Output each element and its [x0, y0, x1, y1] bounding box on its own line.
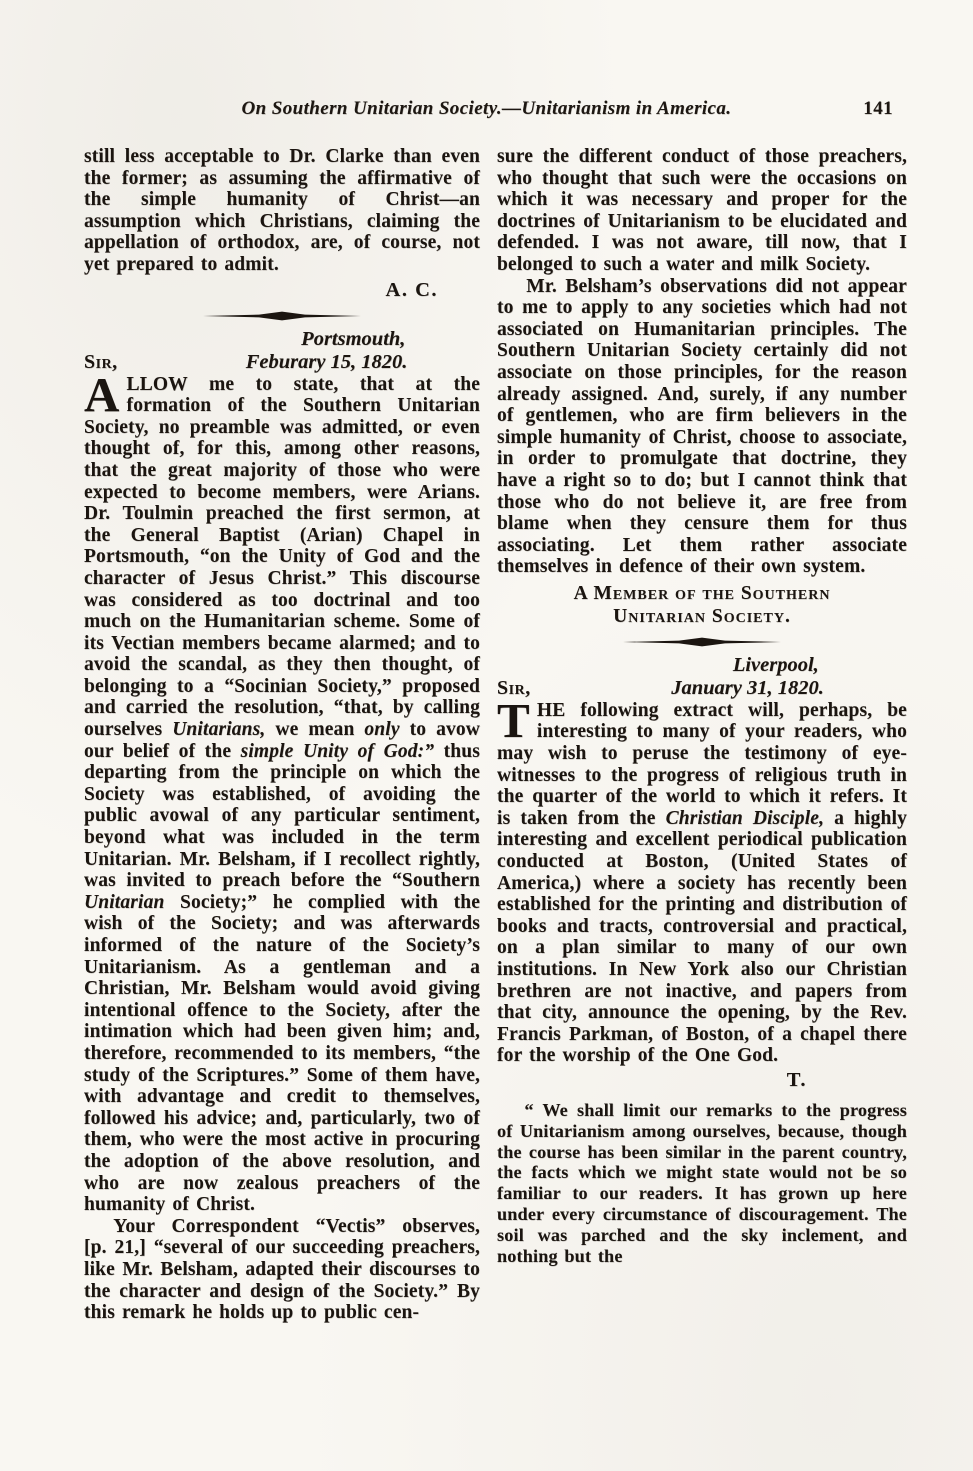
letter-paragraph-portsmouth: ALLOW me to state, that at the formation…	[84, 374, 480, 1216]
paragraph-vectis: Your Correspondent “Vectis” observes, [p…	[84, 1216, 480, 1324]
salutation: Sir,	[497, 677, 531, 700]
place-name: Liverpool,	[497, 654, 907, 677]
paragraph-belsham-observations: Mr. Belsham’s observations did not appea…	[497, 276, 907, 578]
letter-date: January 31, 1820.	[531, 677, 907, 700]
letter-body: LLOW me to state, that at the formation …	[84, 374, 480, 1216]
signature-t: T.	[497, 1069, 907, 1092]
page-number: 141	[863, 98, 893, 120]
section-divider	[84, 311, 480, 321]
salutation: Sir,	[84, 351, 118, 374]
member-signature-line1: A Member of the Southern	[497, 582, 907, 605]
drop-cap: T	[497, 702, 530, 740]
letter-body: HE following extract will, perhaps, be i…	[497, 700, 907, 1067]
extract-paragraph: “ We shall limit our remarks to the prog…	[497, 1100, 907, 1266]
running-header: On Southern Unitarian Society.—Unitarian…	[0, 98, 973, 120]
lozenge-rule-icon	[623, 637, 781, 647]
place-name: Portsmouth,	[84, 328, 480, 351]
lozenge-rule-icon	[203, 311, 361, 321]
letter-date: Feburary 15, 1820.	[118, 351, 480, 374]
member-signature: A Member of the Southern Unitarian Socie…	[497, 582, 907, 628]
member-signature-line2: Unitarian Society.	[497, 605, 907, 628]
journal-page: On Southern Unitarian Society.—Unitarian…	[0, 0, 973, 1471]
letter-paragraph-liverpool: THE following extract will, perhaps, be …	[497, 700, 907, 1067]
paragraph-censure: sure the different conduct of those prea…	[497, 146, 907, 276]
section-divider	[497, 637, 907, 647]
text-columns: still less acceptable to Dr. Clarke than…	[0, 146, 973, 1324]
right-column: sure the different conduct of those prea…	[497, 146, 907, 1324]
date-row: Sir, Feburary 15, 1820.	[84, 351, 480, 374]
signature-ac: A. C.	[84, 279, 480, 302]
date-row: Sir, January 31, 1820.	[497, 677, 907, 700]
dateline-portsmouth: Portsmouth, Sir, Feburary 15, 1820.	[84, 328, 480, 374]
dateline-liverpool: Liverpool, Sir, January 31, 1820.	[497, 654, 907, 700]
paragraph-continuation: still less acceptable to Dr. Clarke than…	[84, 146, 480, 276]
drop-cap: A	[84, 376, 120, 414]
header-title: On Southern Unitarian Society.—Unitarian…	[242, 98, 732, 119]
left-column: still less acceptable to Dr. Clarke than…	[84, 146, 480, 1324]
